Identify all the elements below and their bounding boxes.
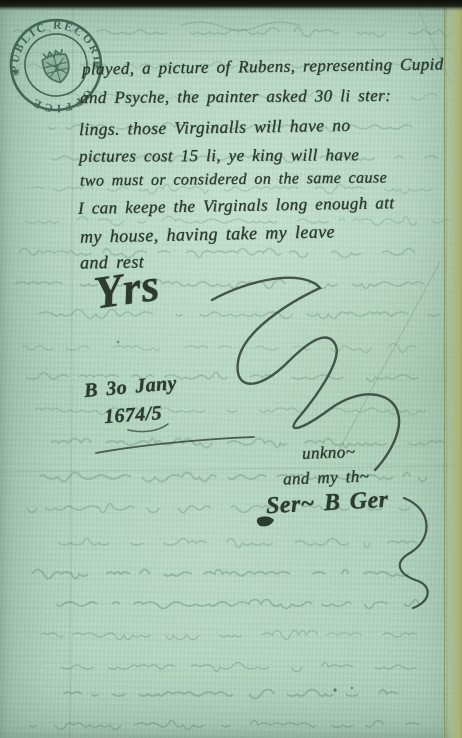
- stamp-crest: [40, 48, 72, 85]
- letter-line-2: and Psyche, the painter asked 30 li ster…: [80, 86, 391, 108]
- valediction: Yrs: [91, 258, 163, 320]
- closing-line-1: unkno~: [302, 442, 356, 464]
- closing-line-2: and my th~: [283, 467, 370, 490]
- letter-line-1: played, a picture of Rubens, representin…: [82, 54, 444, 79]
- page-right-edge: [444, 0, 462, 738]
- letter-line-3: lings. those Virginalls will have no: [79, 115, 351, 140]
- letter-line-5: two must or considered on the same cause: [80, 169, 387, 190]
- scan-top-edge: [0, 0, 462, 11]
- letter-line-4: pictures cost 15 li, ye king will have: [79, 145, 359, 166]
- signature: Ser~ B Ger: [265, 487, 389, 520]
- letter-line-6: I can keepe the Virginals long enough at…: [78, 193, 395, 219]
- letter-line-7: my house, having take my leave: [80, 221, 335, 247]
- date-year: 1674/5: [103, 402, 162, 429]
- manuscript-scan-page: PUBLIC RECORD OFFICE ✳ ✳ played, a pictu…: [0, 0, 462, 738]
- date-line: B 3o Jany: [83, 372, 178, 403]
